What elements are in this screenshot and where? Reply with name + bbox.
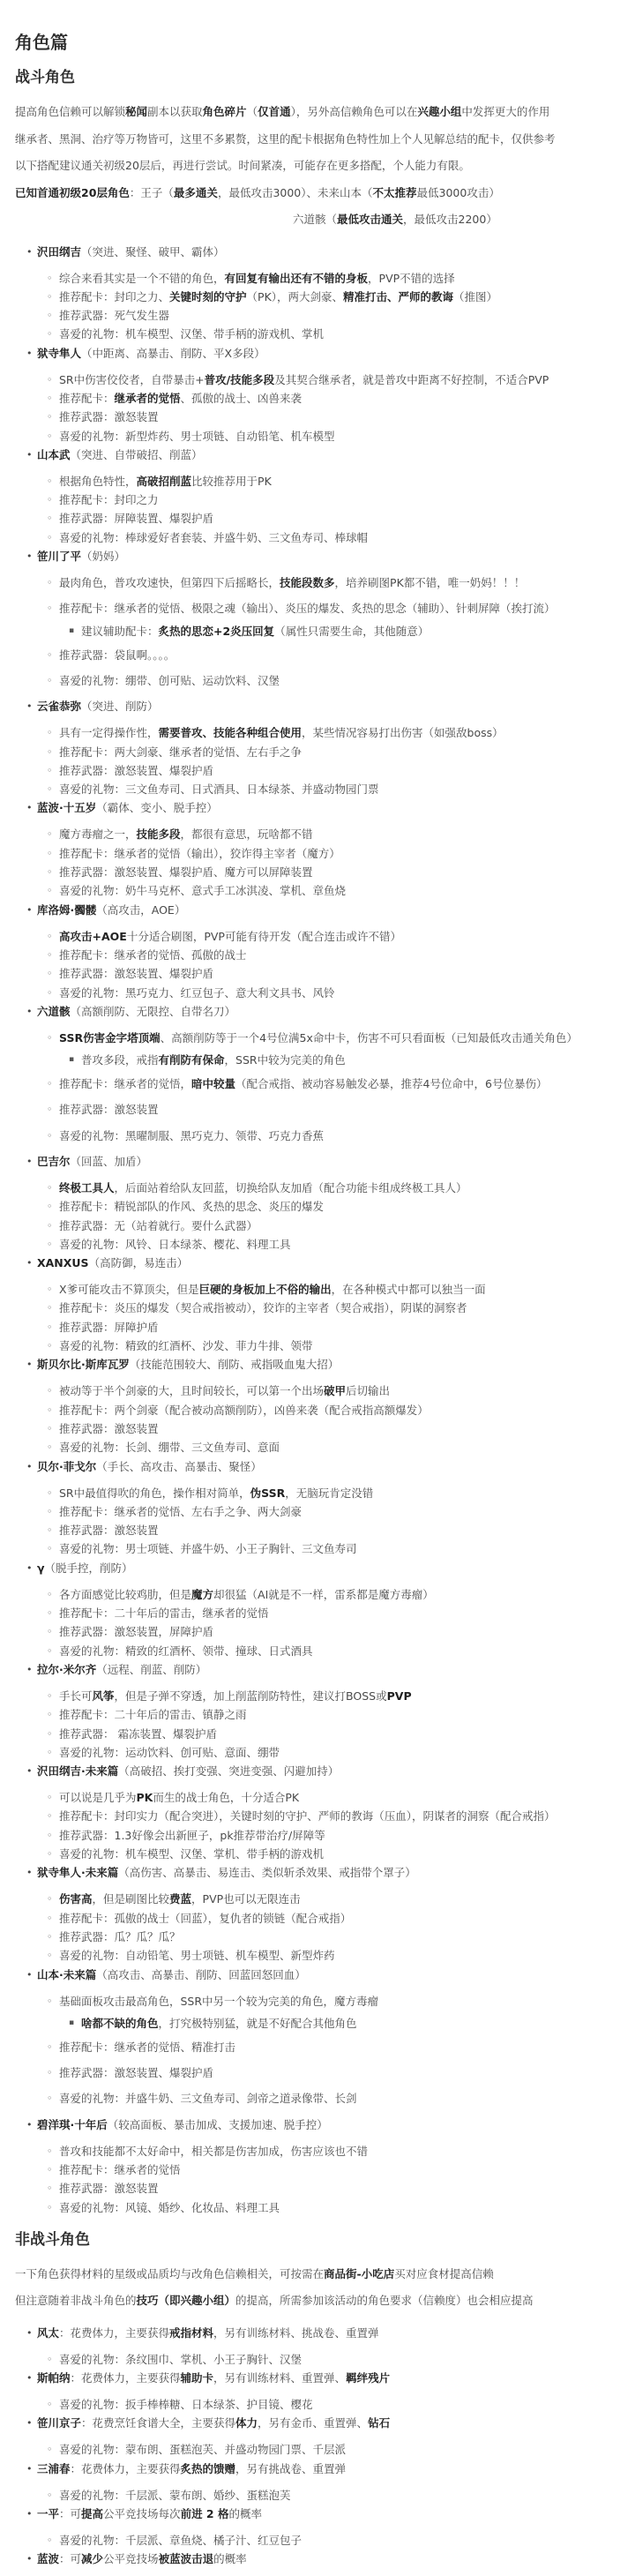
text: ，无脑玩肯定没错 <box>285 1486 373 1500</box>
list-item: 终极工具人，后面站着给队友回蓝，切换给队友加盾（配合功能卡组成终极工具人） <box>37 1179 620 1197</box>
list-item: SSR伤害金字塔顶端、高额削防等于一个4号位满5x命中卡，伤害不可只看面板（已知… <box>37 1029 620 1047</box>
text: 推荐配卡：继承者的觉悟， <box>59 1077 191 1090</box>
bold-text: 关键时刻的守护 <box>169 290 247 303</box>
list-item: 伤害高，但是刷图比较费蓝，PVP也可以无限连击 <box>37 1890 620 1908</box>
bold-text: 伪SSR <box>250 1486 286 1500</box>
text: （推图） <box>453 290 497 303</box>
character-entry: 六道骸（高额削防、无限控、自带名刀）SSR伤害金字塔顶端、高额削防等于一个4号位… <box>15 1002 620 1152</box>
list-item: 推荐配卡：继承者的觉悟，暗中较量（配合戒指、被动容易触发必暴，推荐4号位命中，6… <box>37 1075 620 1100</box>
list-item: 推荐配卡：两大剑豪、继承者的觉悟、左右手之争 <box>37 743 620 761</box>
character-entry: 风太：花费体力，主要获得戒指材料，另有训练材料、挑战卷、重置弹喜爱的礼物：条纹围… <box>15 2324 620 2369</box>
character-header: 一平：可提高公平竞技场每次前进 2 格的概率 <box>37 2505 620 2531</box>
text: （ <box>247 105 258 118</box>
text: ：花费烹饪食谱大全，主要获得 <box>81 2416 235 2430</box>
text: 普攻多段，戒指 <box>81 1053 159 1067</box>
character-tags: （高破招、挨打变强、突进变强、闪避加持） <box>118 1764 339 1778</box>
bold-text: 仅首通 <box>258 105 291 118</box>
list-item: 推荐武器：激怒装置、爆裂护盾、魔方可以屏障装置 <box>37 863 620 881</box>
text: 推荐武器：屏障护盾 <box>59 1321 159 1334</box>
combat-character-list: 沢田纲吉（突进、聚怪、破甲、霸体）综合来看其实是一个不错的角色，有回复有输出还有… <box>15 243 620 2217</box>
text: 手长可 <box>59 1689 93 1703</box>
intro-paragraph: 但注意随着非战斗角色的技巧（即兴趣小组）的提高，所需参加该活动的角色要求（信赖度… <box>15 2288 620 2315</box>
character-details: 伤害高，但是刷图比较费蓝，PVP也可以无限连击推荐配卡：孤傲的战士（回蓝），复仇… <box>37 1890 620 1965</box>
character-name: 蓝波·十五岁 <box>37 801 96 814</box>
character-name: 沢田纲吉 <box>37 245 81 258</box>
text: 提高角色信赖可以解锁 <box>15 105 125 118</box>
character-entry: 狱寺隼人·未来篇（高伤害、高暴击、易连击、类似斩杀效果、戒指带个罩子）伤害高，但… <box>15 1863 620 1965</box>
character-details: SR中最值得吹的角色，操作相对简单，伪SSR，无脑玩肯定没错推荐配卡：继承者的觉… <box>37 1484 620 1559</box>
text: 推荐武器：1.3好像会出新匣子，pk推荐带治疗/屏障等 <box>59 1829 325 1842</box>
text: 喜爱的礼物：千层派、蒙布朗、婚纱、蛋糕泡芙 <box>59 2489 291 2502</box>
text: ，最低攻击3000）、未来山本（ <box>218 186 373 199</box>
text: 的概率 <box>213 2552 247 2565</box>
text: SR中伤害佼佼者，自带暴击+ <box>59 373 205 386</box>
text: ，PVP也可以无限连击 <box>191 1892 301 1906</box>
bold-text: 风太 <box>37 2326 59 2340</box>
text: ：花费体力，主要获得 <box>71 2371 181 2385</box>
character-header: 风太：花费体力，主要获得戒指材料，另有训练材料、挑战卷、重置弹 <box>37 2324 620 2350</box>
text: 推荐配卡：二十年后的雷击、镇静之雨 <box>59 1708 247 1721</box>
character-tags: （突进、聚怪、破甲、霸体） <box>81 245 225 258</box>
text: ，另有训练材料、挑战卷、重置弹 <box>213 2326 379 2340</box>
character-entry: 拉尔·米尔齐（远程、削蓝、削防）手长可风筝，但是子弹不穿透，加上削蓝削防特性，建… <box>15 1660 620 1762</box>
text: 各方面感觉比较鸡肋，但是 <box>59 1588 191 1601</box>
bold-text: 有削防有保命 <box>159 1053 225 1067</box>
character-entry: 沢田纲吉·未来篇（高破招、挨打变强、突进变强、闪避加持）可以说是几乎为PK而生的… <box>15 1762 620 1863</box>
noncombat-character-list: 风太：花费体力，主要获得戒指材料，另有训练材料、挑战卷、重置弹喜爱的礼物：条纹围… <box>15 2324 620 2576</box>
list-item: 喜爱的礼物：机车模型、汉堡、带手柄的游戏机、掌机 <box>37 325 620 343</box>
list-item: 被动等于半个剑豪的大，且时间较长，可以第一个出场破甲后切输出 <box>37 1382 620 1400</box>
list-item: 推荐配卡：继承者的觉悟、精准打击 <box>37 2038 620 2063</box>
text: 推荐武器：激怒装置、爆裂护盾 <box>59 2066 213 2079</box>
list-item: 推荐武器：屏障护盾 <box>37 1318 620 1337</box>
list-item: 推荐武器：瓜？瓜？瓜？ <box>37 1928 620 1946</box>
character-details: 基础面板攻击最高角色，SSR中另一个较为完美的角色，魔方毒瘤啥都不缺的角色，打究… <box>37 1992 620 2115</box>
text: 喜爱的礼物：运动饮料、创可贴、意面、绷带 <box>59 1746 280 1759</box>
bold-text: 角色碎片 <box>203 105 247 118</box>
text: 喜爱的礼物：精致的红酒杯、沙发、菲力牛排、领带 <box>59 1339 313 1352</box>
text: 喜爱的礼物：精致的红酒杯、领带、撞球、日式酒具 <box>59 1644 313 1658</box>
list-item: 喜爱的礼物：黑曜制服、黑巧克力、领带、巧克力香蕉 <box>37 1127 620 1152</box>
text: （配合戒指、被动容易触发必暴，推荐4号位命中，6号位暴伤） <box>235 1077 547 1090</box>
text: 以下搭配建议通关初级20层后，再进行尝试。时间紧凑，可能存在更多搭配，个人能力有… <box>15 159 470 172</box>
list-item: 推荐配卡：继承者的觉悟、孤傲的战士、凶兽来袭 <box>37 389 620 408</box>
character-entry: 笹川了平（奶妈）最肉角色，普攻攻速快，但第四下后摇略长，技能段数多，培养刷图PK… <box>15 547 620 697</box>
bold-text: 不太推荐 <box>373 186 417 199</box>
text: ，但是刷图比较 <box>93 1892 170 1906</box>
text: 的提高，所需参加该活动的角色要求（信赖度）也会相应提高 <box>235 2294 534 2307</box>
bold-text: 最低攻击通关 <box>337 213 403 226</box>
character-tags: （突进、自带破招、削蓝） <box>71 448 203 461</box>
text: 推荐武器：激怒装置 <box>59 1524 159 1537</box>
character-details: 喜爱的礼物：条纹围巾、掌机、小王子胸针、汉堡 <box>37 2350 620 2369</box>
character-header: 斯帕纳：花费体力，主要获得辅助卡，另有训练材料、重置弹、羁绊残片 <box>37 2369 620 2395</box>
bold-text: 费蓝 <box>169 1892 191 1906</box>
character-entry: 一平：可提高公平竞技场每次前进 2 格的概率喜爱的礼物：千层派、章鱼烧、橘子汁、… <box>15 2505 620 2550</box>
bold-text: 精准打击、严师的教诲 <box>343 290 453 303</box>
character-details: 根据角色特性，高破招削蓝比较推荐用于PK推荐配卡：封印之力推荐武器：屏障装置、爆… <box>37 472 620 547</box>
character-header: 沢田纲吉·未来篇（高破招、挨打变强、突进变强、闪避加持） <box>37 1762 620 1788</box>
text: 喜爱的礼物：风铃、日本绿茶、樱花、料理工具 <box>59 1238 291 1251</box>
list-item: 喜爱的礼物：男士项链、并盛牛奶、小王子胸针、三文鱼寿司 <box>37 1539 620 1558</box>
character-header: γ（脱手控，削防） <box>37 1559 620 1585</box>
text: 推荐武器：激怒装置 <box>59 2182 159 2195</box>
character-entry: 三浦春：花费体力，主要获得炙热的馈赠，另有挑战卷、重置弹喜爱的礼物：千层派、蒙布… <box>15 2460 620 2505</box>
list-item: 推荐武器：袋鼠啊。。。。 <box>37 646 620 671</box>
list-item: 推荐配卡：继承者的觉悟 <box>37 2160 620 2179</box>
bold-text: 秘闻 <box>125 105 147 118</box>
character-entry: 沢田纲吉（突进、聚怪、破甲、霸体）综合来看其实是一个不错的角色，有回复有输出还有… <box>15 243 620 344</box>
character-details: 魔方毒瘤之一，技能多段，都很有意思，玩啥都不错推荐配卡：继承者的觉悟（输出），狡… <box>37 825 620 900</box>
text: 十分适合刷图，PVP可能有待开发（配合连击或许不错） <box>127 930 401 943</box>
character-entry: 山本武（突进、自带破招、削蓝）根据角色特性，高破招削蓝比较推荐用于PK推荐配卡：… <box>15 446 620 547</box>
character-name: 巴吉尔 <box>37 1155 71 1168</box>
list-item: 推荐配卡：封印之力 <box>37 490 620 509</box>
character-entry: 山本·未来篇（高攻击、高暴击、削防、回蓝回怒回血）基础面板攻击最高角色，SSR中… <box>15 1966 620 2115</box>
list-item: 喜爱的礼物：精致的红酒杯、领带、撞球、日式酒具 <box>37 1642 620 1660</box>
bold-text: 前进 2 格 <box>181 2507 229 2520</box>
list-item: 推荐武器：1.3好像会出新匣子，pk推荐带治疗/屏障等 <box>37 1826 620 1845</box>
text: 推荐武器：激怒装置 <box>59 1103 159 1116</box>
text: ，在各种模式中都可以独当一面 <box>332 1283 486 1296</box>
text: 可以说是几乎为 <box>59 1791 137 1804</box>
bold-text: 提高 <box>81 2507 103 2520</box>
text: 推荐配卡： <box>59 392 115 405</box>
text: 六道骸（ <box>293 213 337 226</box>
character-header: 沢田纲吉（突进、聚怪、破甲、霸体） <box>37 243 620 269</box>
list-item: 喜爱的礼物：运动饮料、创可贴、意面、绷带 <box>37 1743 620 1762</box>
character-name: 山本·未来篇 <box>37 1968 96 1981</box>
list-item: 喜爱的礼物：扳手棒棒糖、日本绿茶、护目镜、樱花 <box>37 2395 620 2414</box>
character-entry: 笹川京子：花费烹饪食谱大全，主要获得体力，另有金币、重置弹、钻石喜爱的礼物：蒙布… <box>15 2414 620 2459</box>
bold-text: 风筝 <box>93 1689 115 1703</box>
text: ：可 <box>59 2507 81 2520</box>
text: 喜爱的礼物：机车模型、汉堡、带手柄的游戏机、掌机 <box>59 327 324 341</box>
character-tags: （突进、削防） <box>81 700 159 713</box>
text: ，另有训练材料、重置弹、 <box>213 2371 346 2385</box>
list-item: 推荐配卡：继承者的觉悟、孤傲的战士 <box>37 946 620 964</box>
character-header: 碧洋琪·十年后（较高面板、暴击加成、支援加速、脱手控） <box>37 2115 620 2142</box>
list-item: 喜爱的礼物：新型炸药、男士项链、自动铅笔、机车模型 <box>37 427 620 446</box>
list-item: 魔方毒瘤之一，技能多段，都很有意思，玩啥都不错 <box>37 825 620 843</box>
nested-list-item: 啥都不缺的角色，打究极特别猛，就是不好配合其他角色 <box>59 2011 620 2038</box>
character-details: SR中伤害佼佼者，自带暴击+普攻/技能多段及其契合继承者，就是普攻中距离不好控制… <box>37 371 620 446</box>
list-item: 推荐配卡：继承者的觉悟、极限之魂（输出）、炎压的爆发、炙热的思念（辅助）、针刺屏… <box>37 599 620 618</box>
list-item: 推荐配卡：二十年后的雷击，继承者的觉悟 <box>37 1604 620 1622</box>
text: ），另外高信赖角色可以在 <box>291 105 418 118</box>
list-item: 综合来看其实是一个不错的角色，有回复有输出还有不错的身板，PVP不错的选择 <box>37 269 620 288</box>
character-name: 狱寺隼人·未来篇 <box>37 1866 118 1879</box>
text: 的概率 <box>228 2507 262 2520</box>
text: 推荐武器：瓜？瓜？瓜？ <box>59 1930 181 1943</box>
text: 喜爱的礼物：自动铅笔、男士项链、机车模型、新型炸药 <box>59 1949 335 1962</box>
bold-text: 啥都不缺的角色 <box>81 2017 159 2030</box>
character-details: 具有一定得操作性，需要普攻、技能各种组合使用，某些情况容易打出伤害（如强敌bos… <box>37 723 620 798</box>
list-item: 推荐武器：激怒装置，屏障护盾 <box>37 1622 620 1641</box>
list-item: 喜爱的礼物：自动铅笔、男士项链、机车模型、新型炸药 <box>37 1946 620 1965</box>
bold-text: 技巧（即兴趣小组） <box>137 2294 236 2307</box>
text: 推荐配卡：两大剑豪、继承者的觉悟、左右手之争 <box>59 745 302 759</box>
text: 推荐配卡：精锐部队的作风、炙热的思念、炎压的爆发 <box>59 1200 324 1213</box>
character-name: 库洛姆·髑髅 <box>37 903 96 917</box>
character-tags: （高攻击，AOE） <box>96 903 185 917</box>
character-entry: 斯帕纳：花费体力，主要获得辅助卡，另有训练材料、重置弹、羁绊残片喜爱的礼物：扳手… <box>15 2369 620 2414</box>
character-header: 狱寺隼人（中距离、高暴击、削防、平X多段） <box>37 344 620 371</box>
character-name: 六道骸 <box>37 1005 71 1018</box>
noncombat-heading: 非战斗角色 <box>15 2229 620 2250</box>
text: ，另有挑战卷、重置弹 <box>235 2462 346 2475</box>
character-details: 被动等于半个剑豪的大，且时间较长，可以第一个出场破甲后切输出推荐配卡：两个剑豪（… <box>37 1382 620 1456</box>
text: （属性只需要生命，其他随意） <box>274 625 429 638</box>
character-entry: 蓝波·十五岁（霸体、变小、脱手控）魔方毒瘤之一，技能多段，都很有意思，玩啥都不错… <box>15 798 620 900</box>
list-item: 喜爱的礼物：精致的红酒杯、沙发、菲力牛排、领带 <box>37 1337 620 1355</box>
character-header: 山本武（突进、自带破招、削蓝） <box>37 446 620 472</box>
text: 喜爱的礼物：条纹围巾、掌机、小王子胸针、汉堡 <box>59 2353 302 2366</box>
list-item: 喜爱的礼物：风镜、婚纱、化妆品、料理工具 <box>37 2198 620 2217</box>
text: 喜爱的礼物：机车模型、汉堡、掌机、带手柄的游戏机 <box>59 1847 324 1861</box>
text: 公平竞技场每次 <box>103 2507 181 2520</box>
character-header: 山本·未来篇（高攻击、高暴击、削防、回蓝回怒回血） <box>37 1966 620 1992</box>
text: 却很猛（AI就是不一样，雷系都是魔方毒瘤） <box>213 1588 434 1601</box>
bold-text: 一平 <box>37 2507 59 2520</box>
bold-text: 已知首通初级20层角色 <box>15 186 130 199</box>
bold-text: 戒指材料 <box>169 2326 213 2340</box>
character-tags: （中距离、高暴击、削防、平X多段） <box>81 347 265 360</box>
text: 推荐武器：死气发生器 <box>59 309 169 322</box>
text: 具有一定得操作性， <box>59 726 159 739</box>
bold-text: 高攻击+AOE <box>59 930 127 943</box>
nested-list-item: 建议辅助配卡：炙热的思恋+2炎压回复（属性只需要生命，其他随意） <box>59 618 620 646</box>
text: 推荐武器： 霜冻装置、爆裂护盾 <box>59 1727 217 1741</box>
bold-text: 蓝波 <box>37 2552 59 2565</box>
character-name: 斯贝尔比·斯库瓦罗 <box>37 1358 130 1371</box>
text: 建议辅助配卡： <box>81 625 159 638</box>
text: ，都很有意思，玩啥都不错 <box>181 827 313 841</box>
list-item: X爹可能攻击不算顶尖，但是巨硬的身板加上不俗的输出，在各种模式中都可以独当一面 <box>37 1280 620 1299</box>
character-name: 笹川了平 <box>37 550 81 563</box>
list-item: 高攻击+AOE十分适合刷图，PVP可能有待开发（配合连击或许不错） <box>37 927 620 946</box>
character-details: X爹可能攻击不算顶尖，但是巨硬的身板加上不俗的输出，在各种模式中都可以独当一面推… <box>37 1280 620 1355</box>
character-header: 狱寺隼人·未来篇（高伤害、高暴击、易连击、类似斩杀效果、戒指带个罩子） <box>37 1863 620 1890</box>
character-details: 喜爱的礼物：蒙布朗、蛋糕泡芙、并盛动物园门票、千层派 <box>37 2440 620 2459</box>
text: SR中最值得吹的角色，操作相对简单， <box>59 1486 250 1500</box>
character-entry: 狱寺隼人（中距离、高暴击、削防、平X多段）SR中伤害佼佼者，自带暴击+普攻/技能… <box>15 344 620 446</box>
text: 、高额削防等于一个4号位满5x命中卡，伤害不可只看面板（已知最低攻击通关角色） <box>161 1031 578 1045</box>
character-tags: （高伤害、高暴击、易连击、类似斩杀效果、戒指带个罩子） <box>118 1866 416 1879</box>
character-header: 斯贝尔比·斯库瓦罗（技能范围较大、削防、戒指吸血鬼大招） <box>37 1355 620 1382</box>
combat-section: 战斗角色 提高角色信赖可以解锁秘闻副本以获取角色碎片（仅首通），另外高信赖角色可… <box>15 67 620 2217</box>
list-item: 喜爱的礼物：蒙布朗、蛋糕泡芙、并盛动物园门票、千层派 <box>37 2440 620 2459</box>
list-item: 推荐配卡：二十年后的雷击、镇静之雨 <box>37 1705 620 1724</box>
list-item: 可以说是几乎为PK而生的战士角色，十分适合PK <box>37 1788 620 1807</box>
bold-text: 普攻/技能多段 <box>205 373 275 386</box>
list-item: 喜爱的礼物：棒球爱好者套装、并盛牛奶、三文鱼寿司、棒球帽 <box>37 528 620 547</box>
intro-paragraph: 一下角色获得材料的星级或品质均与改角色信赖相关，可按需在商品街-小吃店买对应食材… <box>15 2261 620 2288</box>
list-item: 推荐武器：激怒装置 <box>37 2179 620 2198</box>
text: 中发挥更大的作用 <box>461 105 549 118</box>
character-header: 贝尔·菲戈尔（手长、高攻击、高暴击、聚怪） <box>37 1457 620 1484</box>
character-name: 狱寺隼人 <box>37 347 81 360</box>
text: 根据角色特性， <box>59 475 137 488</box>
character-tags: （较高面板、暴击加成、支援加速、脱手控） <box>108 2118 328 2131</box>
bold-text: 技能段数多 <box>280 576 335 589</box>
text: 喜爱的礼物：长剑、绷带、三文鱼寿司、意面 <box>59 1441 280 1454</box>
text: 基础面板攻击最高角色，SSR中另一个较为完美的角色，魔方毒瘤 <box>59 1995 378 2008</box>
list-item: 推荐武器：死气发生器 <box>37 306 620 325</box>
text: ，后面站着给队友回蓝，切换给队友加盾（配合功能卡组成终极工具人） <box>115 1181 467 1194</box>
text: 推荐配卡：孤傲的战士（回蓝），复仇者的锁链（配合戒指） <box>59 1912 351 1925</box>
bold-text: 高破招削蓝 <box>137 475 192 488</box>
text: 喜爱的礼物：三文鱼寿司、日式酒具、日本绿茶、并盛动物园门票 <box>59 783 379 796</box>
list-item: 推荐武器：屏障装置、爆裂护盾 <box>37 509 620 528</box>
character-entry: 蓝波：可减少公平竞技场被蓝波击退的概率 <box>15 2550 620 2576</box>
character-name: γ <box>37 1561 45 1575</box>
list-item: 推荐配卡：继承者的觉悟（输出），狡诈得主宰者（魔方） <box>37 844 620 863</box>
text: ，另有金币、重置弹、 <box>258 2416 368 2430</box>
bold-text: 魔方 <box>191 1588 213 1601</box>
text: 推荐武器：激怒装置 <box>59 410 159 423</box>
list-item: 推荐武器：激怒装置 <box>37 1521 620 1539</box>
text: 推荐配卡：封印之力 <box>59 493 159 506</box>
text: ：花费体力，主要获得 <box>71 2462 181 2475</box>
text: 买对应食材提高信赖 <box>394 2267 494 2280</box>
list-item: 喜爱的礼物：机车模型、汉堡、掌机、带手柄的游戏机 <box>37 1845 620 1863</box>
bold-text: 需要普攻、技能各种组合使用 <box>159 726 303 739</box>
bold-text: 羁绊残片 <box>346 2371 390 2385</box>
list-item: SR中最值得吹的角色，操作相对简单，伪SSR，无脑玩肯定没错 <box>37 1484 620 1502</box>
text: 、孤傲的战士、凶兽来袭 <box>181 392 303 405</box>
character-entry: 贝尔·菲戈尔（手长、高攻击、高暴击、聚怪）SR中最值得吹的角色，操作相对简单，伪… <box>15 1457 620 1559</box>
text: 推荐配卡：炎压的爆发（契合戒指被动），狡诈的主宰者（契合戒指），阴谋的洞察者 <box>59 1301 467 1314</box>
text: 喜爱的礼物：黑巧克力、红豆包子、意大利文具书、风铃 <box>59 986 335 1000</box>
intro-paragraph: 提高角色信赖可以解锁秘闻副本以获取角色碎片（仅首通），另外高信赖角色可以在兴趣小… <box>15 99 620 126</box>
character-details: 高攻击+AOE十分适合刷图，PVP可能有待开发（配合连击或许不错）推荐配卡：继承… <box>37 927 620 1002</box>
intro-paragraph-indented: 六道骸（最低攻击通关，最低攻击2200） <box>15 206 620 234</box>
character-header: 巴吉尔（回蓝、加盾） <box>37 1152 620 1179</box>
bold-text: 兴趣小组 <box>417 105 461 118</box>
document-page: 角色篇 战斗角色 提高角色信赖可以解锁秘闻副本以获取角色碎片（仅首通），另外高信… <box>0 0 635 2576</box>
list-item: 推荐武器： 霜冻装置、爆裂护盾 <box>37 1725 620 1743</box>
text: X爹可能攻击不算顶尖，但是 <box>59 1283 199 1296</box>
intro-paragraph: 已知首通初级20层角色：王子（最多通关，最低攻击3000）、未来山本（不太推荐最… <box>15 180 620 207</box>
text: 推荐武器：屏障装置、爆裂护盾 <box>59 512 213 525</box>
list-item: 喜爱的礼物：黑巧克力、红豆包子、意大利文具书、风铃 <box>37 984 620 1002</box>
character-details: 各方面感觉比较鸡肋，但是魔方却很猛（AI就是不一样，雷系都是魔方毒瘤）推荐配卡：… <box>37 1585 620 1660</box>
list-item: 推荐武器：激怒装置、爆裂护盾 <box>37 761 620 780</box>
bold-text: 炙热的思恋+2炎压回复 <box>159 625 275 638</box>
list-item: 具有一定得操作性，需要普攻、技能各种组合使用，某些情况容易打出伤害（如强敌bos… <box>37 723 620 742</box>
character-tags: （霸体、变小、脱手控） <box>96 801 218 814</box>
text: 喜爱的礼物：新型炸药、男士项链、自动铅笔、机车模型 <box>59 430 335 443</box>
list-item: 推荐武器：激怒装置 <box>37 1100 620 1126</box>
list-item: 推荐配卡：封印实力（配合突进），关键时刻的守护、严师的教诲（压血），阴谋者的洞察… <box>37 1807 620 1825</box>
text: 推荐配卡：继承者的觉悟（输出），狡诈得主宰者（魔方） <box>59 847 340 860</box>
text: 推荐武器：激怒装置、爆裂护盾 <box>59 967 213 980</box>
text: ：花费体力，主要获得 <box>59 2326 169 2340</box>
character-entry: XANXUS（高防御，易连击）X爹可能攻击不算顶尖，但是巨硬的身板加上不俗的输出… <box>15 1254 620 1355</box>
text: 公平竞技场 <box>103 2552 159 2565</box>
list-item: 推荐武器：激怒装置、爆裂护盾 <box>37 2063 620 2089</box>
character-header: 蓝波·十五岁（霸体、变小、脱手控） <box>37 798 620 825</box>
text: 推荐武器：袋鼠啊。。。。 <box>59 648 175 662</box>
list-item: 喜爱的礼物：条纹围巾、掌机、小王子胸针、汉堡 <box>37 2350 620 2369</box>
text: 比较推荐用于PK <box>191 475 272 488</box>
character-name: 沢田纲吉·未来篇 <box>37 1764 118 1778</box>
bold-text: PVP <box>387 1689 412 1703</box>
character-header: 六道骸（高额削防、无限控、自带名刀） <box>37 1002 620 1029</box>
text: 喜爱的礼物：黑曜制服、黑巧克力、领带、巧克力香蕉 <box>59 1129 324 1142</box>
text: 推荐配卡：继承者的觉悟 <box>59 2163 181 2176</box>
character-name: 拉尔·米尔齐 <box>37 1663 96 1676</box>
text: 后切输出 <box>346 1384 390 1397</box>
text: 推荐武器：激怒装置 <box>59 1422 159 1435</box>
character-tags: （高防御，易连击） <box>89 1256 189 1269</box>
list-item: 喜爱的礼物：风铃、日本绿茶、樱花、料理工具 <box>37 1235 620 1254</box>
bold-text: 体力 <box>235 2416 258 2430</box>
list-item: 手长可风筝，但是子弹不穿透，加上削蓝削防特性，建议打BOSS或PVP <box>37 1687 620 1705</box>
text: 推荐配卡：封印之力、 <box>59 290 169 303</box>
list-item: 喜爱的礼物：三文鱼寿司、日式酒具、日本绿茶、并盛动物园门票 <box>37 780 620 798</box>
list-item: 推荐配卡：孤傲的战士（回蓝），复仇者的锁链（配合戒指） <box>37 1909 620 1928</box>
nested-list-item: 普攻多段，戒指有削防有保命，SSR中较为完美的角色 <box>59 1047 620 1075</box>
bold-text: 被蓝波击退 <box>159 2552 214 2565</box>
character-name: 云雀恭弥 <box>37 700 81 713</box>
bold-text: 技能多段 <box>137 827 181 841</box>
character-header: XANXUS（高防御，易连击） <box>37 1254 620 1280</box>
bold-text: 破甲 <box>324 1384 346 1397</box>
combat-intro: 提高角色信赖可以解锁秘闻副本以获取角色碎片（仅首通），另外高信赖角色可以在兴趣小… <box>15 99 620 234</box>
list-item: 喜爱的礼物：绷带、创可贴、运动饮料、汉堡 <box>37 671 620 697</box>
list-item: SR中伤害佼佼者，自带暴击+普攻/技能多段及其契合继承者，就是普攻中距离不好控制… <box>37 371 620 389</box>
list-item: 推荐配卡：炎压的爆发（契合戒指被动），狡诈的主宰者（契合戒指），阴谋的洞察者 <box>37 1299 620 1317</box>
list-item: 推荐武器：无（站着就行。要什么武器） <box>37 1217 620 1235</box>
text: 一下角色获得材料的星级或品质均与改角色信赖相关，可按需在 <box>15 2267 324 2280</box>
list-item: 喜爱的礼物：奶牛马克杯、意式手工冰淇凌、掌机、章鱼烧 <box>37 881 620 900</box>
character-details: 喜爱的礼物：千层派、章鱼烧、橘子汁、红豆包子 <box>37 2531 620 2550</box>
list-item: 喜爱的礼物：长剑、绷带、三文鱼寿司、意面 <box>37 1438 620 1456</box>
bold-text: 暗中较量 <box>191 1077 235 1090</box>
list-item: 推荐武器：激怒装置 <box>37 1419 620 1438</box>
bold-text: 继承者的觉悟 <box>115 392 181 405</box>
character-entry: 碧洋琪·十年后（较高面板、暴击加成、支援加速、脱手控）普攻和技能都不太好命中，相… <box>15 2115 620 2217</box>
text: ，培养刷图PK都不错，唯一奶妈！！！ <box>335 576 526 589</box>
text: 推荐配卡：两个剑豪（配合被动高额削防），凶兽来袭（配合戒指高额爆发） <box>59 1404 429 1417</box>
text: 及其契合继承者，就是普攻中距离不好控制，不适合PVP <box>274 373 549 386</box>
noncombat-section: 非战斗角色 一下角色获得材料的星级或品质均与改角色信赖相关，可按需在商品街-小吃… <box>15 2229 620 2576</box>
character-details: 手长可风筝，但是子弹不穿透，加上削蓝削防特性，建议打BOSS或PVP推荐配卡：二… <box>37 1687 620 1762</box>
text: 喜爱的礼物：扳手棒棒糖、日本绿茶、护目镜、樱花 <box>59 2398 313 2411</box>
character-header: 蓝波：可减少公平竞技场被蓝波击退的概率 <box>37 2550 620 2576</box>
bold-text: 钻石 <box>368 2416 390 2430</box>
text: 推荐配卡：继承者的觉悟、精准打击 <box>59 2041 235 2054</box>
character-details: 可以说是几乎为PK而生的战士角色，十分适合PK推荐配卡：封印实力（配合突进），关… <box>37 1788 620 1863</box>
list-item: 根据角色特性，高破招削蓝比较推荐用于PK <box>37 472 620 490</box>
bold-text: PK <box>137 1791 153 1804</box>
text: ，打究极特别猛，就是不好配合其他角色 <box>159 2017 357 2030</box>
text: 喜爱的礼物：棒球爱好者套装、并盛牛奶、三文鱼寿司、棒球帽 <box>59 531 368 544</box>
character-header: 库洛姆·髑髅（高攻击，AOE） <box>37 901 620 927</box>
list-item: 推荐配卡：两个剑豪（配合被动高额削防），凶兽来袭（配合戒指高额爆发） <box>37 1401 620 1419</box>
bold-text: 巨硬的身板加上不俗的输出 <box>199 1283 332 1296</box>
text: 喜爱的礼物：奶牛马克杯、意式手工冰淇凌、掌机、章鱼烧 <box>59 884 346 897</box>
bold-text: 有回复有输出还有不错的身板 <box>225 272 369 285</box>
text: 喜爱的礼物：并盛牛奶、三文鱼寿司、剑帝之道录像带、长剑 <box>59 2092 357 2105</box>
character-tags: （远程、削蓝、削防） <box>96 1663 206 1676</box>
text: ，PVP不错的选择 <box>368 272 455 285</box>
character-tags: （奶妈） <box>81 550 125 563</box>
text: 普攻和技能都不太好命中，相关都是伤害加成，伤害应该也不错 <box>59 2145 368 2158</box>
character-details: SSR伤害金字塔顶端、高额削防等于一个4号位满5x命中卡，伤害不可只看面板（已知… <box>37 1029 620 1152</box>
